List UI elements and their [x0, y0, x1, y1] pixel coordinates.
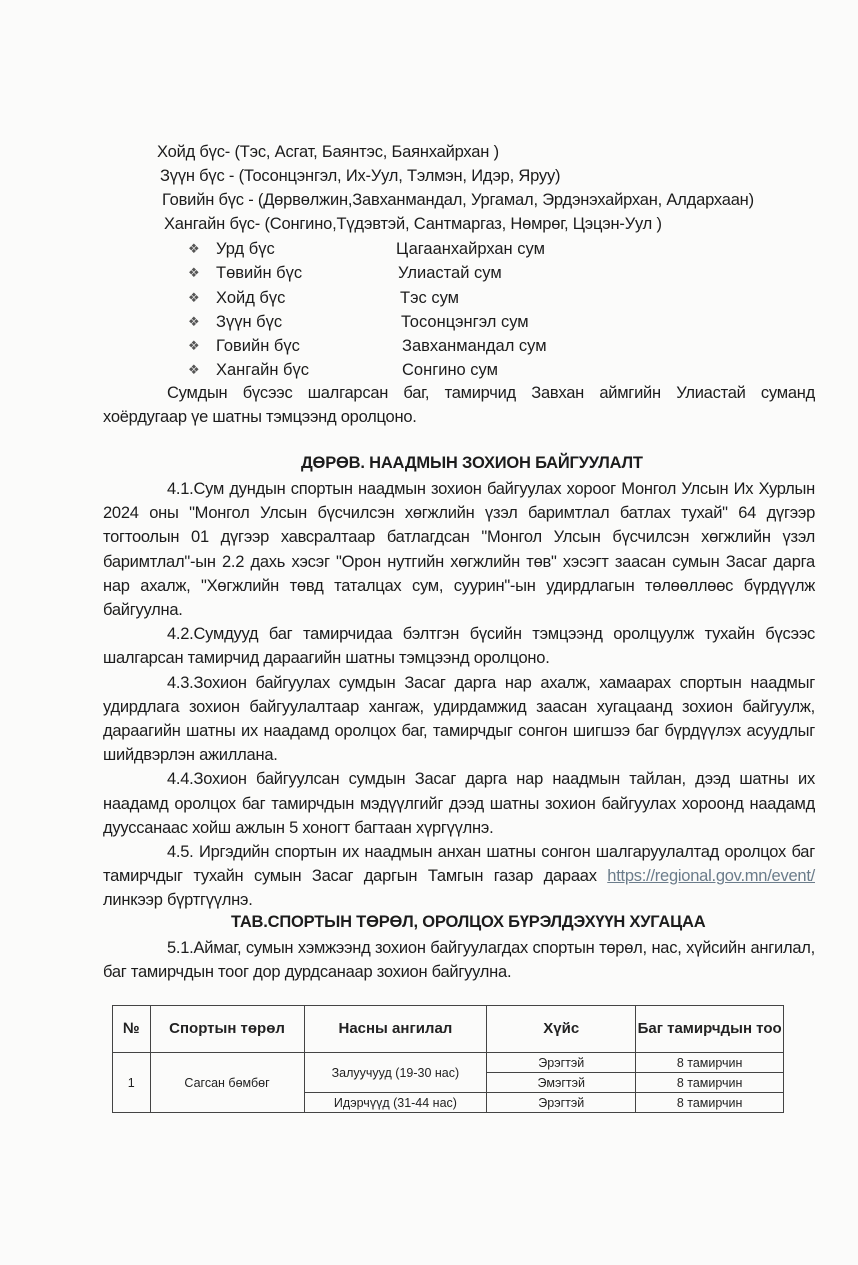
cell-age-group: Идэрчүүд (31-44 нас) [304, 1093, 487, 1113]
section5-body: 5.1.Аймаг, сумын хэмжээнд зохион байгуул… [103, 936, 815, 984]
sports-table: № Спортын төрөл Насны ангилал Хүйс Баг т… [112, 1005, 784, 1113]
zone-name: Төвийн бүс [216, 261, 396, 285]
list-item: ❖ Хойд бүс Тэс сум [156, 286, 547, 310]
paragraph-4-5-suffix: линкээр бүртгүүлнэ. [103, 891, 253, 909]
diamond-bullet-icon: ❖ [156, 358, 216, 382]
diamond-bullet-icon: ❖ [156, 237, 216, 261]
table-row: 1 Сагсан бөмбөг Залуучууд (19-30 нас) Эр… [113, 1053, 784, 1073]
section5-title: ТАВ.СПОРТЫН ТӨРӨЛ, ОРОЛЦОХ БҮРЭЛДЭХҮҮН Х… [231, 913, 705, 932]
zone-name: Хойд бүс [216, 286, 396, 310]
paragraph-4-4: 4.4.Зохион байгуулсан сумдын Засаг дарга… [103, 767, 815, 840]
cell-count: 8 тамирчин [636, 1093, 784, 1113]
paragraph-text: Сумдын бүсээс шалгарсан баг, тамирчид За… [103, 381, 815, 429]
host-sum-name: Тосонцэнгэл сум [396, 310, 529, 334]
cell-count: 8 тамирчин [636, 1053, 784, 1073]
host-sum-list: ❖ Урд бүс Цагаанхайрхан сум ❖ Төвийн бүс… [156, 237, 547, 383]
section4-title: ДӨРӨВ. НААДМЫН ЗОХИОН БАЙГУУЛАЛТ [301, 454, 643, 473]
host-sum-name: Завханмандал сум [396, 334, 547, 358]
cell-gender: Эрэгтэй [487, 1093, 636, 1113]
registration-link[interactable]: https://regional.gov.mn/event/ [607, 867, 815, 885]
host-sum-name: Цагаанхайрхан сум [396, 237, 545, 261]
host-sum-name: Улиастай сум [396, 261, 502, 285]
table-header-row: № Спортын төрөл Насны ангилал Хүйс Баг т… [113, 1006, 784, 1053]
zone-gobi-list: Говийн бүс - (Дөрвөлжин,Завханмандал, Ур… [162, 188, 754, 212]
header-gender: Хүйс [487, 1006, 636, 1053]
cell-sport: Сагсан бөмбөг [150, 1053, 304, 1113]
paragraph-5-1: 5.1.Аймаг, сумын хэмжээнд зохион байгуул… [103, 936, 815, 984]
diamond-bullet-icon: ❖ [156, 286, 216, 310]
paragraph-4-3: 4.3.Зохион байгуулах сумдын Засаг дарга … [103, 671, 815, 768]
zone-north-list: Хойд бүс- (Тэс, Асгат, Баянтэс, Баянхайр… [157, 140, 499, 164]
zone-name: Хангайн бүс [216, 358, 396, 382]
list-item: ❖ Говийн бүс Завханмандал сум [156, 334, 547, 358]
section4-body: 4.1.Сум дундын спортын наадмын зохион ба… [103, 477, 815, 913]
header-number: № [113, 1006, 151, 1053]
cell-gender: Эрэгтэй [487, 1053, 636, 1073]
header-age-category: Насны ангилал [304, 1006, 487, 1053]
diamond-bullet-icon: ❖ [156, 310, 216, 334]
document-page: Хойд бүс- (Тэс, Асгат, Баянтэс, Баянхайр… [0, 0, 858, 1265]
zone-name: Говийн бүс [216, 334, 396, 358]
diamond-bullet-icon: ❖ [156, 334, 216, 358]
list-item: ❖ Төвийн бүс Улиастай сум [156, 261, 547, 285]
header-sport-type: Спортын төрөл [150, 1006, 304, 1053]
list-item: ❖ Урд бүс Цагаанхайрхан сум [156, 237, 547, 261]
zone-khangai-list: Хангайн бүс- (Сонгино,Түдэвтэй, Сантмарг… [164, 212, 662, 236]
cell-row-number: 1 [113, 1053, 151, 1113]
zone-name: Зүүн бүс [216, 310, 396, 334]
diamond-bullet-icon: ❖ [156, 261, 216, 285]
cell-gender: Эмэгтэй [487, 1073, 636, 1093]
list-item: ❖ Зүүн бүс Тосонцэнгэл сум [156, 310, 547, 334]
paragraph-4-2: 4.2.Сумдууд баг тамирчидаа бэлтгэн бүсий… [103, 622, 815, 670]
list-item: ❖ Хангайн бүс Сонгино сум [156, 358, 547, 382]
paragraph-4-5: 4.5. Иргэдийн спортын их наадмын анхан ш… [103, 840, 815, 913]
cell-age-group: Залуучууд (19-30 нас) [304, 1053, 487, 1093]
host-sum-name: Тэс сум [396, 286, 459, 310]
zone-east-list: Зүүн бүс - (Тосонцэнгэл, Их-Уул, Тэлмэн,… [160, 164, 560, 188]
cell-count: 8 тамирчин [636, 1073, 784, 1093]
header-team-size: Баг тамирчдын тоо [636, 1006, 784, 1053]
host-sum-name: Сонгино сум [396, 358, 498, 382]
paragraph-4-1: 4.1.Сум дундын спортын наадмын зохион ба… [103, 477, 815, 622]
zone-name: Урд бүс [216, 237, 396, 261]
zone-summary-paragraph: Сумдын бүсээс шалгарсан баг, тамирчид За… [103, 381, 815, 429]
